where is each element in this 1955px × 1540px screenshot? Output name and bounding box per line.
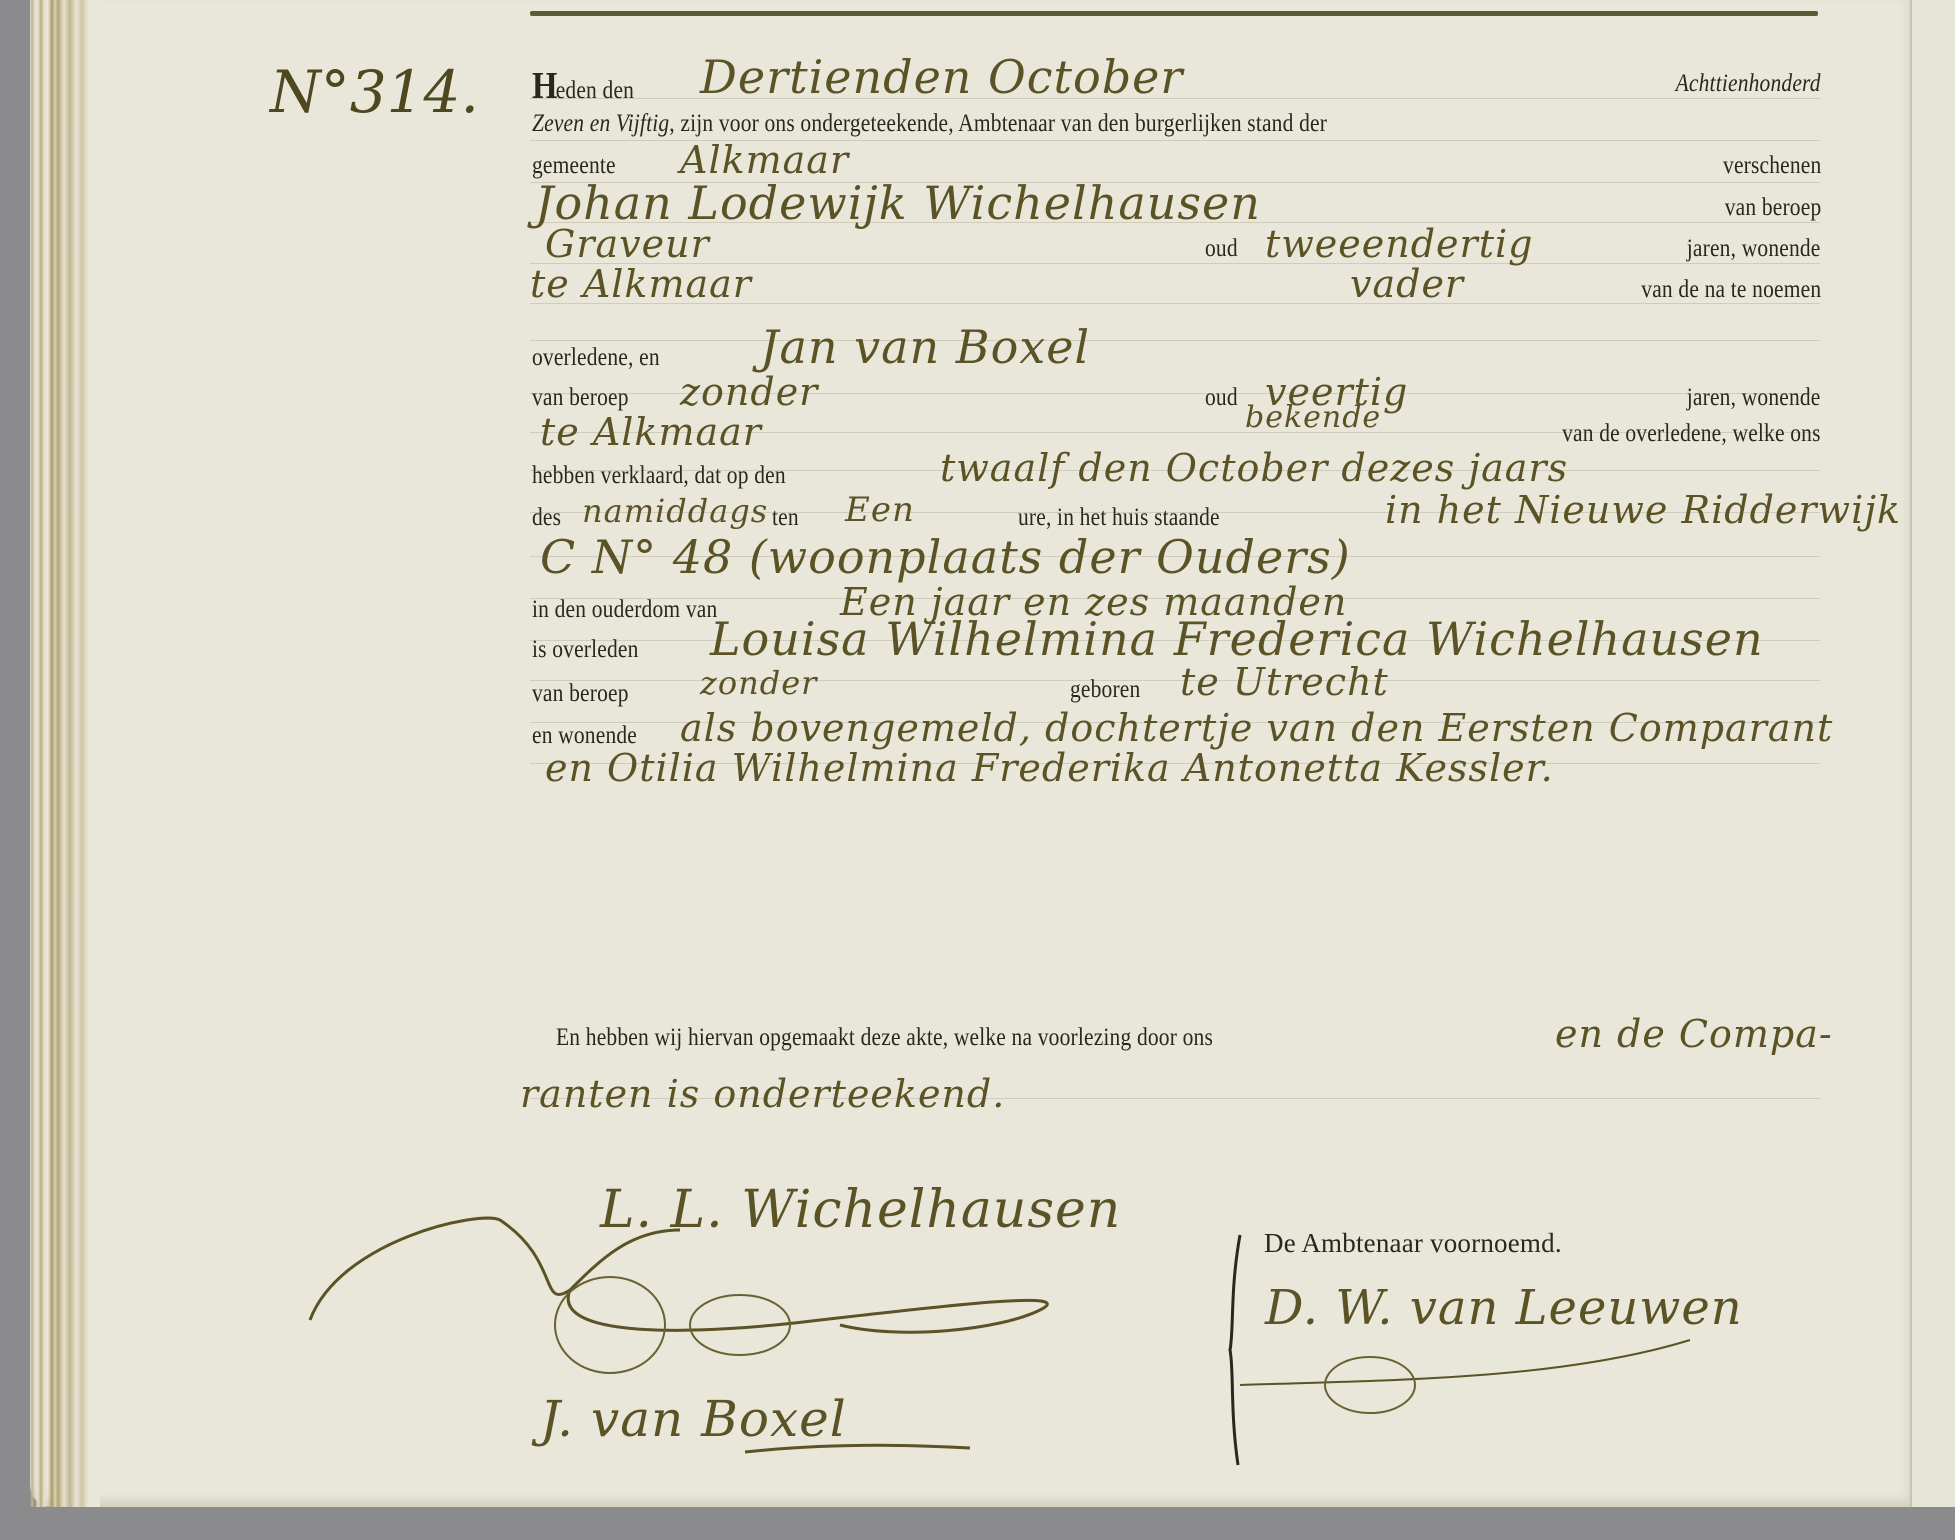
hand-residence-relation: als bovengemeld, dochtertje van den Eers… (680, 706, 1833, 750)
signature-official: D. W. van Leeuwen (1265, 1280, 1743, 1336)
printed-ure-in-het-huis: ure, in het huis staande (1018, 504, 1220, 532)
printed-jaren-wonende: jaren, wonende (1687, 235, 1821, 263)
official-caption: De Ambtenaar voornoemd. (1264, 1228, 1562, 1259)
printed-ouderdom: in den ouderdom van (532, 596, 717, 624)
signature-declarant1: L. L. Wichelhausen (600, 1180, 1121, 1240)
hand-deceased-name: Louisa Wilhelmina Frederica Wichelhausen (710, 612, 1764, 666)
printed-is-overleden: is overleden (532, 636, 639, 664)
page-stack-edges (30, 0, 100, 1507)
printed-jaren-wonende-2: jaren, wonende (1687, 384, 1821, 412)
drop-cap: H (532, 65, 556, 107)
printed-verschenen: verschenen (1723, 152, 1821, 180)
signature-official-flourish (1240, 1330, 1720, 1450)
printed-van-de-overledene: van de overledene, welke ons (1562, 420, 1821, 448)
hand-closing-a: en de Compa- (1555, 1012, 1833, 1056)
hand-declarant2-profession: zonder (680, 370, 818, 414)
hand-location: in het Nieuwe Ridderwijk (1385, 488, 1901, 532)
hand-death-date: twaalf den October dezes jaars (940, 446, 1568, 490)
hand-declarant1-age: tweeendertig (1265, 222, 1533, 266)
printed-heden: Heden den (532, 64, 634, 108)
hand-mother: en Otilia Wilhelmina Frederika Antonetta… (545, 746, 1554, 790)
hand-location-line2: C N° 48 (woonplaats der Ouders) (540, 530, 1351, 584)
printed-line2: Zeven en Vijftig, zijn voor ons onderget… (532, 110, 1327, 138)
printed-closing: En hebben wij hiervan opgemaakt deze akt… (556, 1024, 1213, 1052)
ruled-line (530, 340, 1820, 341)
hand-birthplace: te Utrecht (1180, 660, 1389, 704)
hand-declarant2-name: Jan van Boxel (760, 320, 1090, 374)
hand-declarant1-residence: te Alkmaar (530, 262, 752, 306)
printed-van-beroep-3: van beroep (532, 680, 629, 708)
printed-van-beroep-2: van beroep (532, 384, 629, 412)
hand-hour: Een (845, 490, 915, 530)
top-rule-line (530, 11, 1818, 16)
printed-oud-2: oud (1205, 384, 1238, 412)
hand-deceased-profession: zonder (700, 664, 817, 702)
hand-time-of-day: namiddags (582, 492, 768, 530)
hand-declarant1-profession: Graveur (545, 222, 710, 266)
printed-overledene-en: overledene, en (532, 344, 660, 372)
printed-year-italic: Zeven en Vijftig (532, 110, 669, 137)
printed-van-beroep: van beroep (1724, 194, 1821, 222)
printed-geboren: geboren (1070, 676, 1140, 704)
printed-ten: ten (772, 504, 799, 532)
printed-van-de-na-te-noemen: van de na te noemen (1641, 276, 1821, 304)
printed-des: des (532, 504, 561, 532)
printed-achttienhonderd: Achttienhonderd (1676, 70, 1821, 98)
hand-declarant1-relation: vader (1350, 262, 1464, 306)
record-number: N°314. (270, 58, 479, 126)
printed-hebben-verklaard: hebben verklaard, dat op den (532, 462, 786, 490)
hand-closing-b: ranten is onderteekend. (520, 1072, 1005, 1116)
signature-declarant2-underline (740, 1440, 980, 1460)
facing-page-edge (1910, 0, 1955, 1507)
hand-declarant2-relation: bekende (1245, 400, 1381, 435)
hand-day-month: Dertienden October (700, 50, 1183, 104)
printed-oud: oud (1205, 235, 1238, 263)
hand-declarant2-residence: te Alkmaar (540, 410, 762, 454)
